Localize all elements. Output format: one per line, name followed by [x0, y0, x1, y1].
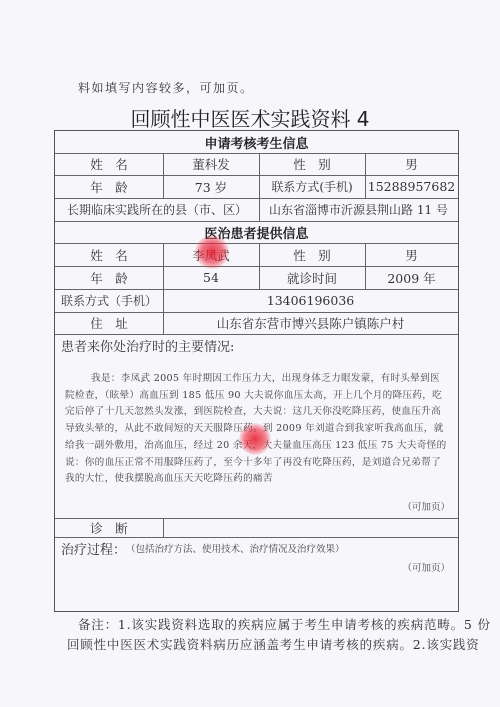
patient-name-label: 姓 名	[55, 243, 163, 266]
practice-record-table: 申请考核考生信息 姓 名 董科发 性 别 男 年 龄 73 岁 联系方式(手机)…	[54, 130, 459, 612]
patient-age-label: 年 龄	[55, 266, 163, 289]
applicant-gender-value: 男	[365, 153, 458, 175]
applicant-age-label: 年 龄	[55, 175, 163, 198]
patient-gender-value: 男	[365, 243, 458, 266]
note-line-1: 备注：1.该实践资料选取的疾病应属于考生申请考核的疾病范畴。5 份	[78, 615, 491, 633]
patient-visit-time-value: 2009 年	[365, 266, 458, 289]
note-line-2: 回顾性中医医术实践资料病历应涵盖考生申请考核的疾病。2.该实践资	[67, 635, 480, 653]
red-seal-mark	[195, 235, 229, 269]
patient-contact-label: 联系方式（手机）	[55, 289, 163, 312]
diagnosis-label: 诊 断	[55, 518, 163, 537]
red-seal-mark	[239, 423, 271, 455]
intro-text: 料如填写内容较多，可加页。	[78, 79, 254, 96]
patient-address-value: 山东省东营市博兴县陈户镇陈户村	[163, 312, 458, 334]
page-title: 回顾性中医医术实践资料 4	[0, 103, 500, 132]
situation-label: 患者来你处治疗时的主要情况:	[61, 334, 234, 356]
treatment-hint: （包括治疗方法、使用技术、治疗情况及治疗效果）	[126, 541, 345, 555]
applicant-contact-label: 联系方式(手机)	[259, 175, 365, 198]
applicant-age-value: 73 岁	[163, 175, 259, 198]
treatment-label: 治疗过程：	[61, 539, 126, 558]
applicant-county-value: 山东省淄博市沂源县荆山路 11 号	[259, 198, 458, 221]
patient-contact-value: 13406196036	[163, 289, 458, 312]
applicant-contact-value: 15288957682	[365, 175, 458, 198]
treatment-label-row: 治疗过程： （包括治疗方法、使用技术、治疗情况及治疗效果）	[61, 537, 345, 559]
treatment-add-page: （可加页）	[402, 558, 450, 576]
patient-section-header: 医治患者提供信息	[55, 221, 458, 243]
patient-gender-label: 性 别	[259, 243, 365, 266]
patient-address-label: 住 址	[55, 312, 163, 334]
diagnosis-value	[163, 518, 458, 537]
applicant-gender-label: 性 别	[259, 153, 365, 175]
patient-age-value: 54	[163, 266, 259, 289]
applicant-name-label: 姓 名	[55, 153, 163, 175]
applicant-name-value: 董科发	[163, 153, 259, 175]
situation-add-page: （可加页）	[402, 497, 450, 515]
applicant-section-header: 申请考核考生信息	[55, 131, 458, 153]
patient-visit-time-label: 就诊时间	[259, 266, 365, 289]
applicant-county-label: 长期临床实践所在的县（市、区）	[55, 198, 259, 221]
